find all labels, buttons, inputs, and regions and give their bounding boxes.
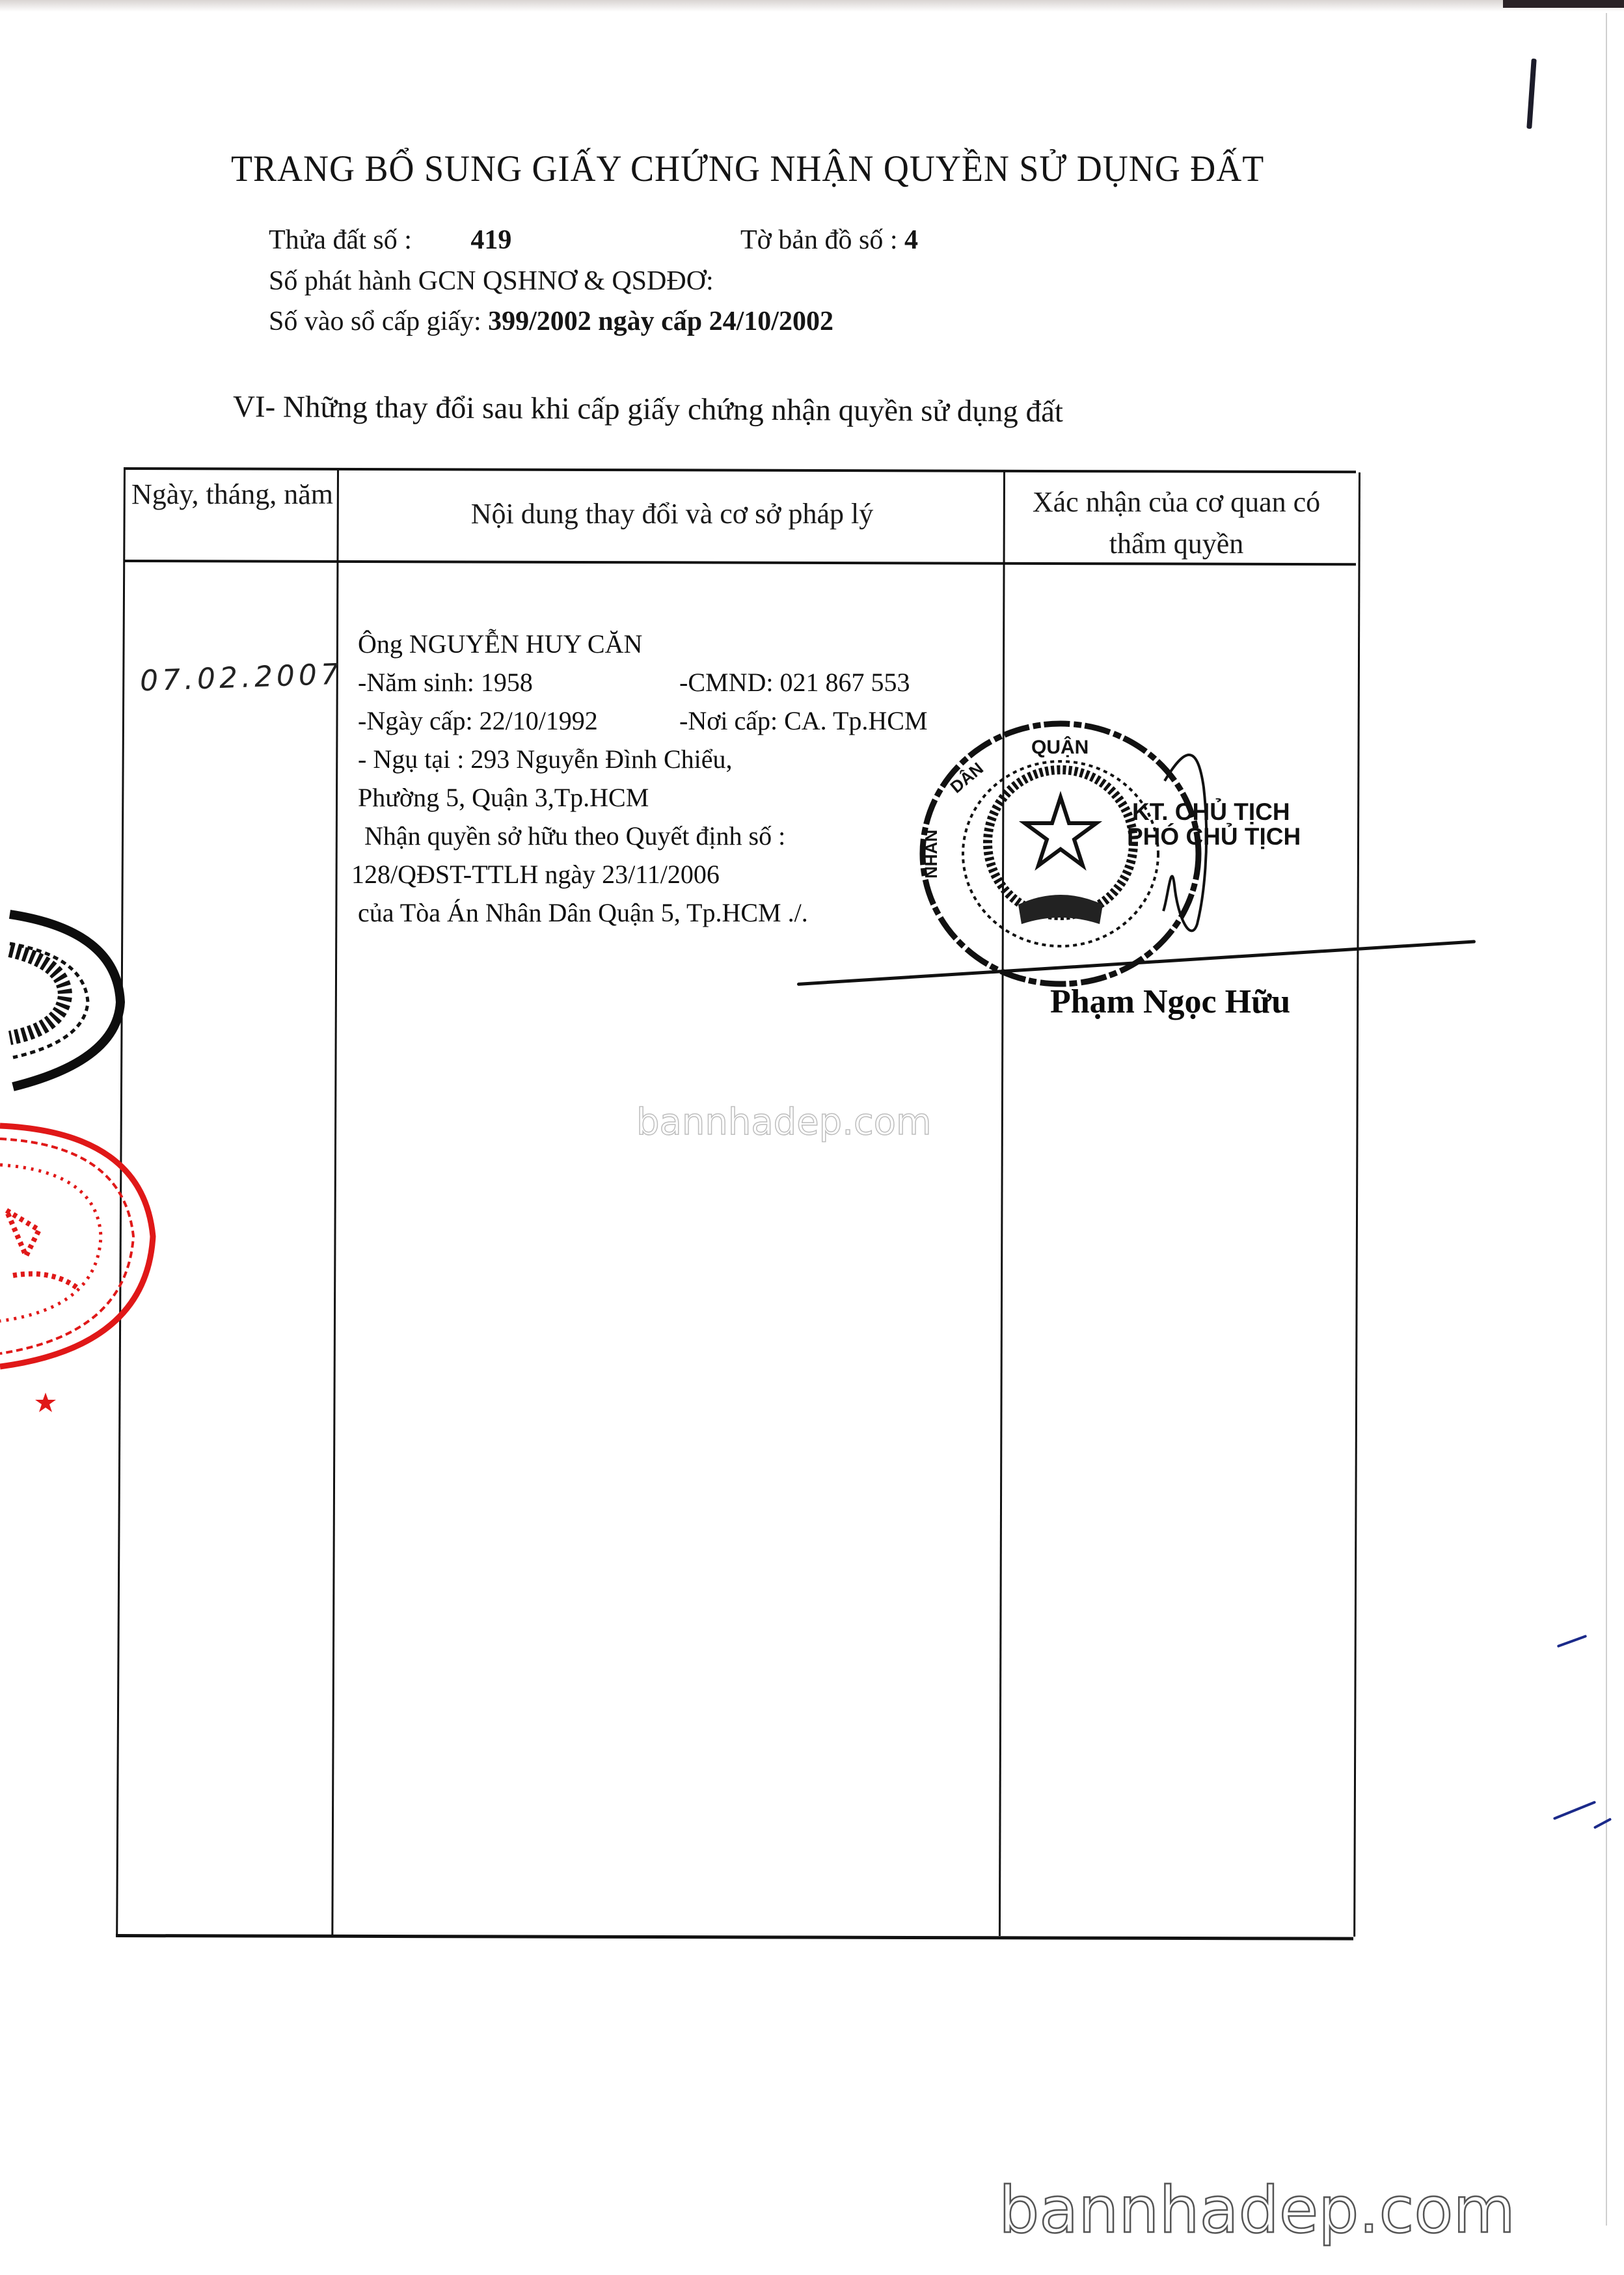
id-issue-row: -Ngày cấp: 22/10/1992-Nơi cấp: CA. Tp.HC… <box>358 702 928 740</box>
watermark-footer: bannhadep.com <box>999 2173 1515 2248</box>
table-right-border <box>1353 472 1360 1937</box>
address-line-1: - Ngụ tại : 293 Nguyễn Đình Chiểu, <box>358 740 928 778</box>
svg-text:NHÂN: NHÂN <box>921 830 941 879</box>
table-bottom-border <box>116 1934 1353 1941</box>
margin-red-stamp-icon <box>0 1061 163 1425</box>
scan-top-edge <box>0 0 1624 12</box>
handwritten-date: 07.02.2007 <box>139 658 344 698</box>
id-issue-date: -Ngày cấp: 22/10/1992 <box>358 702 679 740</box>
address-line-2: Phường 5, Quận 3,Tp.HCM <box>358 778 928 817</box>
col2-divider <box>999 470 1005 1936</box>
table-top-border <box>124 467 1356 473</box>
basis-line-3: của Tòa Án Nhân Dân Quận 5, Tp.HCM ./. <box>358 893 928 932</box>
map-sheet-value: 4 <box>904 225 918 255</box>
svg-text:QUẬN: QUẬN <box>1031 736 1089 758</box>
basis-line-2: 128/QĐST-TTLH ngày 23/11/2006 <box>351 855 928 893</box>
owner-name: Ông NGUYỄN HUY CĂN <box>358 625 928 663</box>
signer-title-line1: KT. CHỦ TỊCH <box>1132 799 1290 825</box>
birth-year: -Năm sinh: 1958 <box>358 663 679 702</box>
signer-title-line2: PHÓ CHỦ TỊCH <box>1127 824 1301 850</box>
basis-line-1: Nhận quyền sở hữu theo Quyết định số : <box>358 817 928 855</box>
document-title: TRANG BỔ SUNG GIẤY CHỨNG NHẬN QUYỀN SỬ D… <box>231 147 1272 189</box>
svg-text:DÂN: DÂN <box>947 758 987 797</box>
registry-label: Số vào sổ cấp giấy: <box>269 307 481 336</box>
issue-number-label: Số phát hành GCN QSHNƠ & QSDĐƠ: <box>269 266 714 297</box>
change-content: Ông NGUYỄN HUY CĂN -Năm sinh: 1958-CMND:… <box>358 625 928 932</box>
map-sheet-row: Tờ bản đồ số : 4 <box>740 225 918 256</box>
parcel-value: 419 <box>470 225 511 255</box>
map-sheet-label: Tờ bản đồ số : <box>740 225 898 255</box>
registry-row: Số vào sổ cấp giấy: 399/2002 ngày cấp 24… <box>269 306 833 337</box>
scan-corner-shadow <box>1503 0 1624 8</box>
parcel-label: Thửa đất số : <box>269 225 412 255</box>
pen-mark <box>1557 1635 1587 1648</box>
section-title: VI- Những thay đổi sau khi cấp giấy chứn… <box>233 389 1063 429</box>
scan-right-edge <box>1606 13 1607 2226</box>
header-date: Ngày, tháng, năm <box>129 474 336 515</box>
id-number: -CMND: 021 867 553 <box>679 668 910 697</box>
header-content: Nội dung thay đổi và cơ sở pháp lý <box>340 493 1004 535</box>
pen-mark <box>1553 1801 1596 1820</box>
registry-value: 399/2002 ngày cấp 24/10/2002 <box>488 307 833 336</box>
watermark-center: bannhadep.com <box>636 1101 932 1143</box>
signer-name: Phạm Ngọc Hữu <box>1050 983 1290 1021</box>
parcel-number-row: Thửa đất số : 419 <box>269 225 511 256</box>
owner-birth-id-row: -Năm sinh: 1958-CMND: 021 867 553 <box>358 663 928 702</box>
header-confirmation: Xác nhận của cơ quan có thẩm quyền <box>1014 482 1339 565</box>
id-issue-place: -Nơi cấp: CA. Tp.HCM <box>679 706 928 735</box>
pen-mark <box>1593 1818 1612 1829</box>
page-number-mark <box>1526 59 1537 129</box>
